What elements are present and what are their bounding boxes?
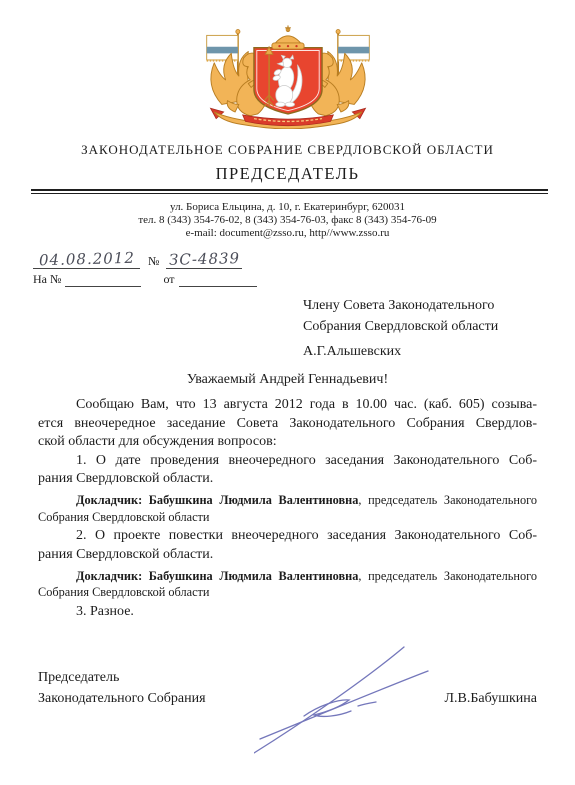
signer-name: Л.В.Бабушкина [445,688,537,709]
position-title: ПРЕДСЕДАТЕЛЬ [38,164,537,184]
handwritten-number: ЗС-4839 [169,249,241,269]
handwritten-signature [254,641,432,759]
addressee-block: Члену Совета Законодательного Собрания С… [303,295,537,362]
address-line: ул. Бориса Ельцина, д. 10, г. Екатеринбу… [38,201,537,214]
signer-position: Председатель Законодательного Собрания [38,667,206,709]
agenda-item-1: 1. О дате проведения внеочередного засед… [38,452,537,489]
speaker-note-1: Докладчик: Бабушкина Людмила Валентиновн… [38,492,537,525]
letter-body: Сообщаю Вам, что 13 августа 2012 года в … [38,396,537,621]
organization-name: ЗАКОНОДАТЕЛЬНОЕ СОБРАНИЕ СВЕРДЛОВСКОЙ ОБ… [38,142,537,158]
letterhead-crest [38,25,537,129]
addressee-line: Собрания Свердловской области [303,316,537,337]
agenda-item-2: 2. О проекте повестки внеочередного засе… [38,527,537,564]
addressee-name: А.Г.Альшевских [303,341,537,362]
addressee-line: Члену Совета Законодательного [303,295,537,316]
registration-block: 04.08.2012 № ЗС-4839 На № от [33,248,537,287]
coat-of-arms-sverdlovsk-icon [193,25,383,129]
handwritten-date: 04.08.2012 [38,249,134,270]
reply-from-label: от [163,272,174,287]
contact-block: ул. Бориса Ельцина, д. 10, г. Екатеринбу… [38,201,537,239]
phone-line: тел. 8 (343) 354-76-02, 8 (343) 354-76-0… [38,214,537,227]
reply-number-blank [65,273,141,287]
crown-icon [271,25,303,49]
email-line: e-mail: document@zsso.ru, http//www.zsso… [38,227,537,240]
official-letter-page: ЗАКОНОДАТЕЛЬНОЕ СОБРАНИЕ СВЕРДЛОВСКОЙ ОБ… [0,0,575,785]
intro-paragraph: Сообщаю Вам, что 13 августа 2012 года в … [38,396,537,452]
reply-to-label: На № [33,272,61,287]
outgoing-number-field: ЗС-4839 [166,250,242,269]
header-divider [31,189,548,194]
salutation: Уважаемый Андрей Геннадьевич! [38,372,537,388]
reply-date-blank [179,273,257,287]
number-sign: № [148,254,159,269]
agenda-item-3: 3. Разное. [38,603,537,622]
outgoing-date-field: 04.08.2012 [33,250,140,269]
speaker-note-2: Докладчик: Бабушкина Людмила Валентиновн… [38,568,537,601]
